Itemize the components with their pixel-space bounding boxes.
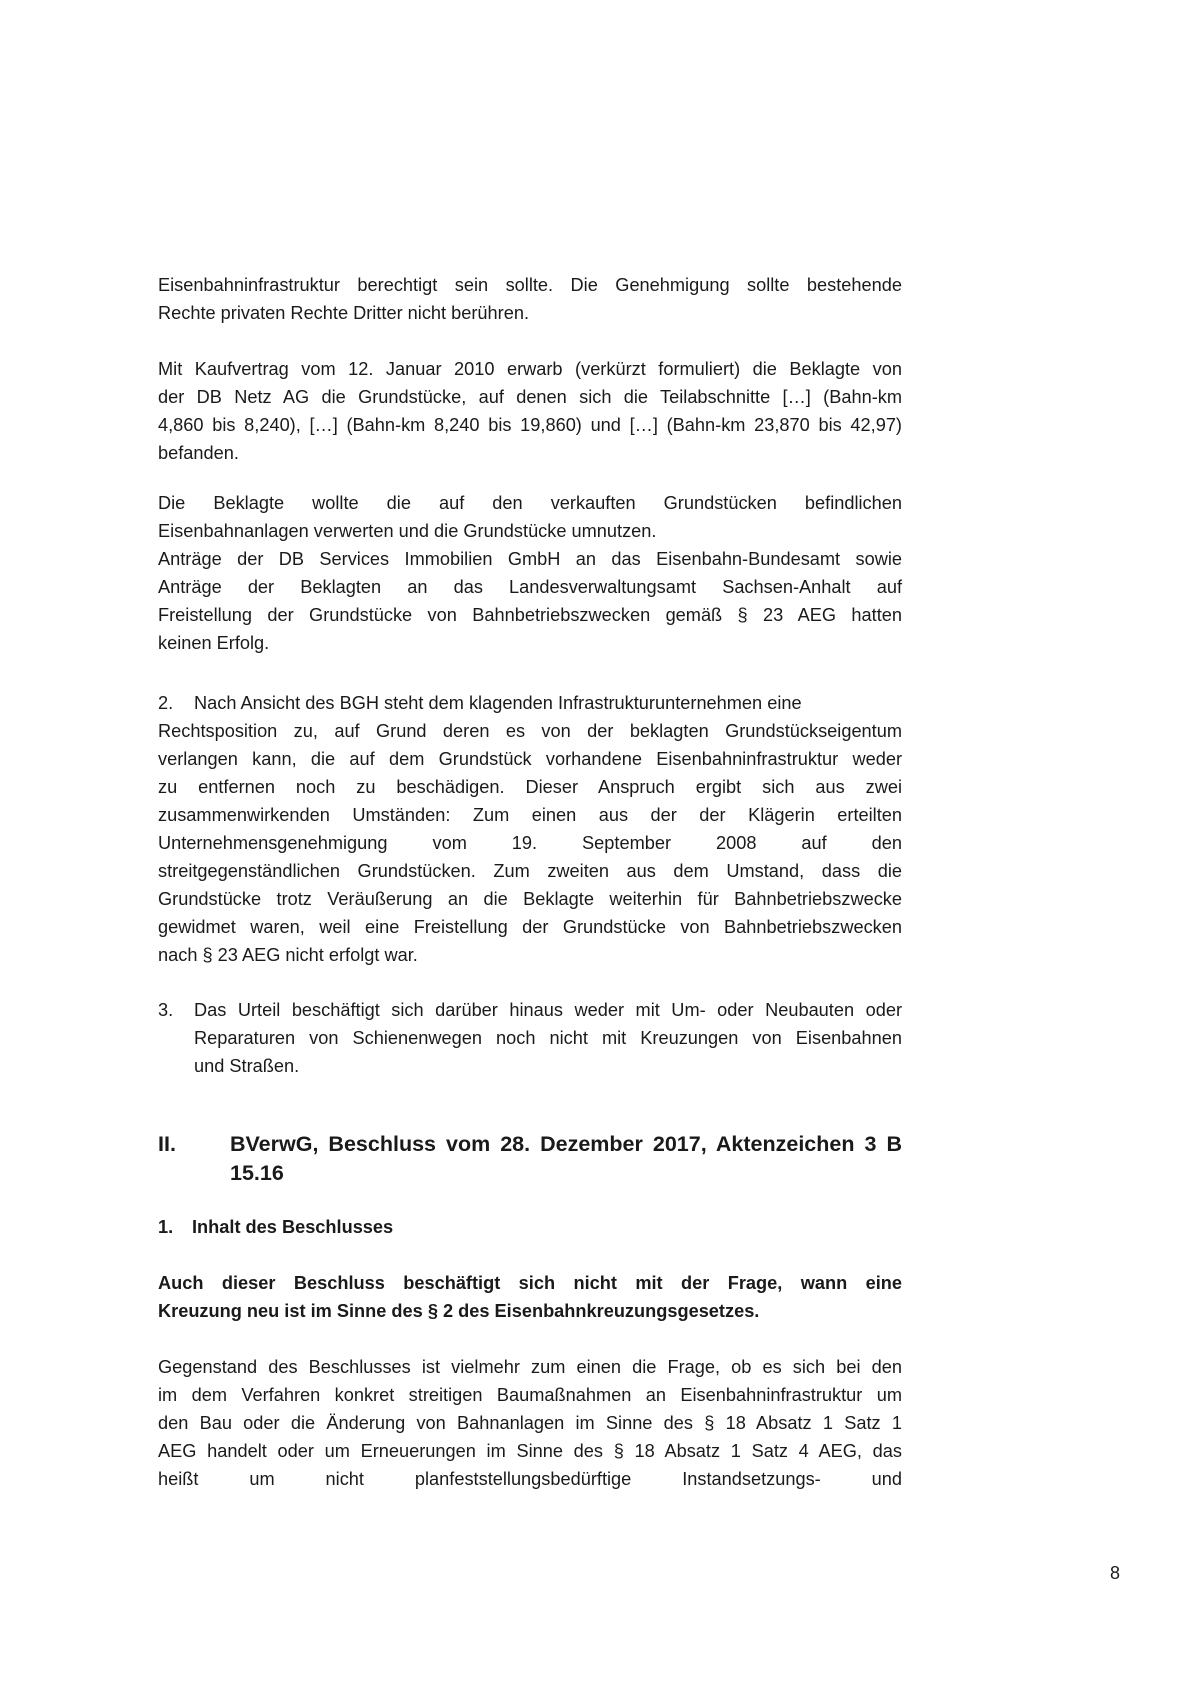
text-line: zu entfernen noch zu beschädigen. Dieser… — [158, 773, 902, 801]
paragraph-summary-bold: Auch dieser Beschluss beschäftigt sich n… — [158, 1269, 902, 1325]
text-line: Anträge der Beklagten an das Landesverwa… — [158, 573, 902, 601]
text-line: Grundstücke trotz Veräußerung an die Bek… — [158, 885, 902, 913]
text-line: Nach Ansicht des BGH steht dem klagenden… — [194, 693, 802, 713]
text-line: Freistellung der Grundstücke von Bahnbet… — [158, 601, 902, 629]
text-line: Eisenbahninfrastruktur berechtigt sein s… — [158, 271, 902, 299]
heading-line: BVerwG, Beschluss vom 28. Dezember 2017,… — [230, 1130, 902, 1159]
text-line: 4,860 bis 8,240), […] (Bahn-km 8,240 bis… — [158, 411, 902, 439]
text-line: Mit Kaufvertrag vom 12. Januar 2010 erwa… — [158, 355, 902, 383]
text-line: und Straßen. — [194, 1052, 902, 1080]
text-line: gewidmet waren, weil eine Freistellung d… — [158, 913, 902, 941]
paragraph-bgh-ansicht: 2.Nach Ansicht des BGH steht dem klagend… — [158, 689, 902, 969]
section-heading: II. BVerwG, Beschluss vom 28. Dezember 2… — [158, 1130, 902, 1188]
subsection-title: Inhalt des Beschlusses — [192, 1217, 393, 1237]
document-page: Eisenbahninfrastruktur berechtigt sein s… — [0, 0, 1189, 1684]
text-line: Unternehmensgenehmigung vom 19. Septembe… — [158, 829, 902, 857]
subsection-heading: 1.Inhalt des Beschlusses — [158, 1213, 902, 1241]
text-line: Reparaturen von Schienenwegen noch nicht… — [194, 1024, 902, 1052]
text-line: keinen Erfolg. — [158, 629, 902, 657]
text-line: nach § 23 AEG nicht erfolgt war. — [158, 941, 902, 969]
page-number: 8 — [1110, 1563, 1120, 1584]
paragraph-genehmigung: Eisenbahninfrastruktur berechtigt sein s… — [158, 271, 902, 327]
text-line: Anträge der DB Services Immobilien GmbH … — [158, 545, 902, 573]
text-line: Gegenstand des Beschlusses ist vielmehr … — [158, 1353, 902, 1381]
text-line: zusammenwirkenden Umständen: Zum einen a… — [158, 801, 902, 829]
text-line: streitgegenständlichen Grundstücken. Zum… — [158, 857, 902, 885]
text-line: den Bau oder die Änderung von Bahnanlage… — [158, 1409, 902, 1437]
text-line: Die Beklagte wollte die auf den verkauft… — [158, 489, 902, 517]
section-number: II. — [158, 1130, 176, 1159]
text-line: befanden. — [158, 439, 902, 467]
text-line: der DB Netz AG die Grundstücke, auf dene… — [158, 383, 902, 411]
text-line: Auch dieser Beschluss beschäftigt sich n… — [158, 1269, 902, 1297]
text-line: Eisenbahnanlagen verwerten und die Grund… — [158, 517, 902, 545]
paragraph-beklagte: Die Beklagte wollte die auf den verkauft… — [158, 489, 902, 657]
text-line: verlangen kann, die auf dem Grundstück v… — [158, 745, 902, 773]
text-line: Rechtsposition zu, auf Grund deren es vo… — [158, 717, 902, 745]
paragraph-gegenstand: Gegenstand des Beschlusses ist vielmehr … — [158, 1353, 902, 1493]
text-line: AEG handelt oder um Erneuerungen im Sinn… — [158, 1437, 902, 1465]
list-number: 2. — [158, 689, 194, 717]
text-line: Kreuzung neu ist im Sinne des § 2 des Ei… — [158, 1297, 902, 1325]
paragraph-kaufvertrag: Mit Kaufvertrag vom 12. Januar 2010 erwa… — [158, 355, 902, 467]
text-line: Das Urteil beschäftigt sich darüber hina… — [194, 996, 902, 1024]
subsection-number: 1. — [158, 1213, 192, 1241]
paragraph-urteil: 3. Das Urteil beschäftigt sich darüber h… — [158, 996, 902, 1080]
text-line: heißt um nicht planfeststellungsbedürfti… — [158, 1465, 902, 1493]
heading-line: 15.16 — [230, 1159, 902, 1188]
text-line: Rechte privaten Rechte Dritter nicht ber… — [158, 299, 902, 327]
text-line: im dem Verfahren konkret streitigen Baum… — [158, 1381, 902, 1409]
list-number: 3. — [158, 996, 173, 1024]
